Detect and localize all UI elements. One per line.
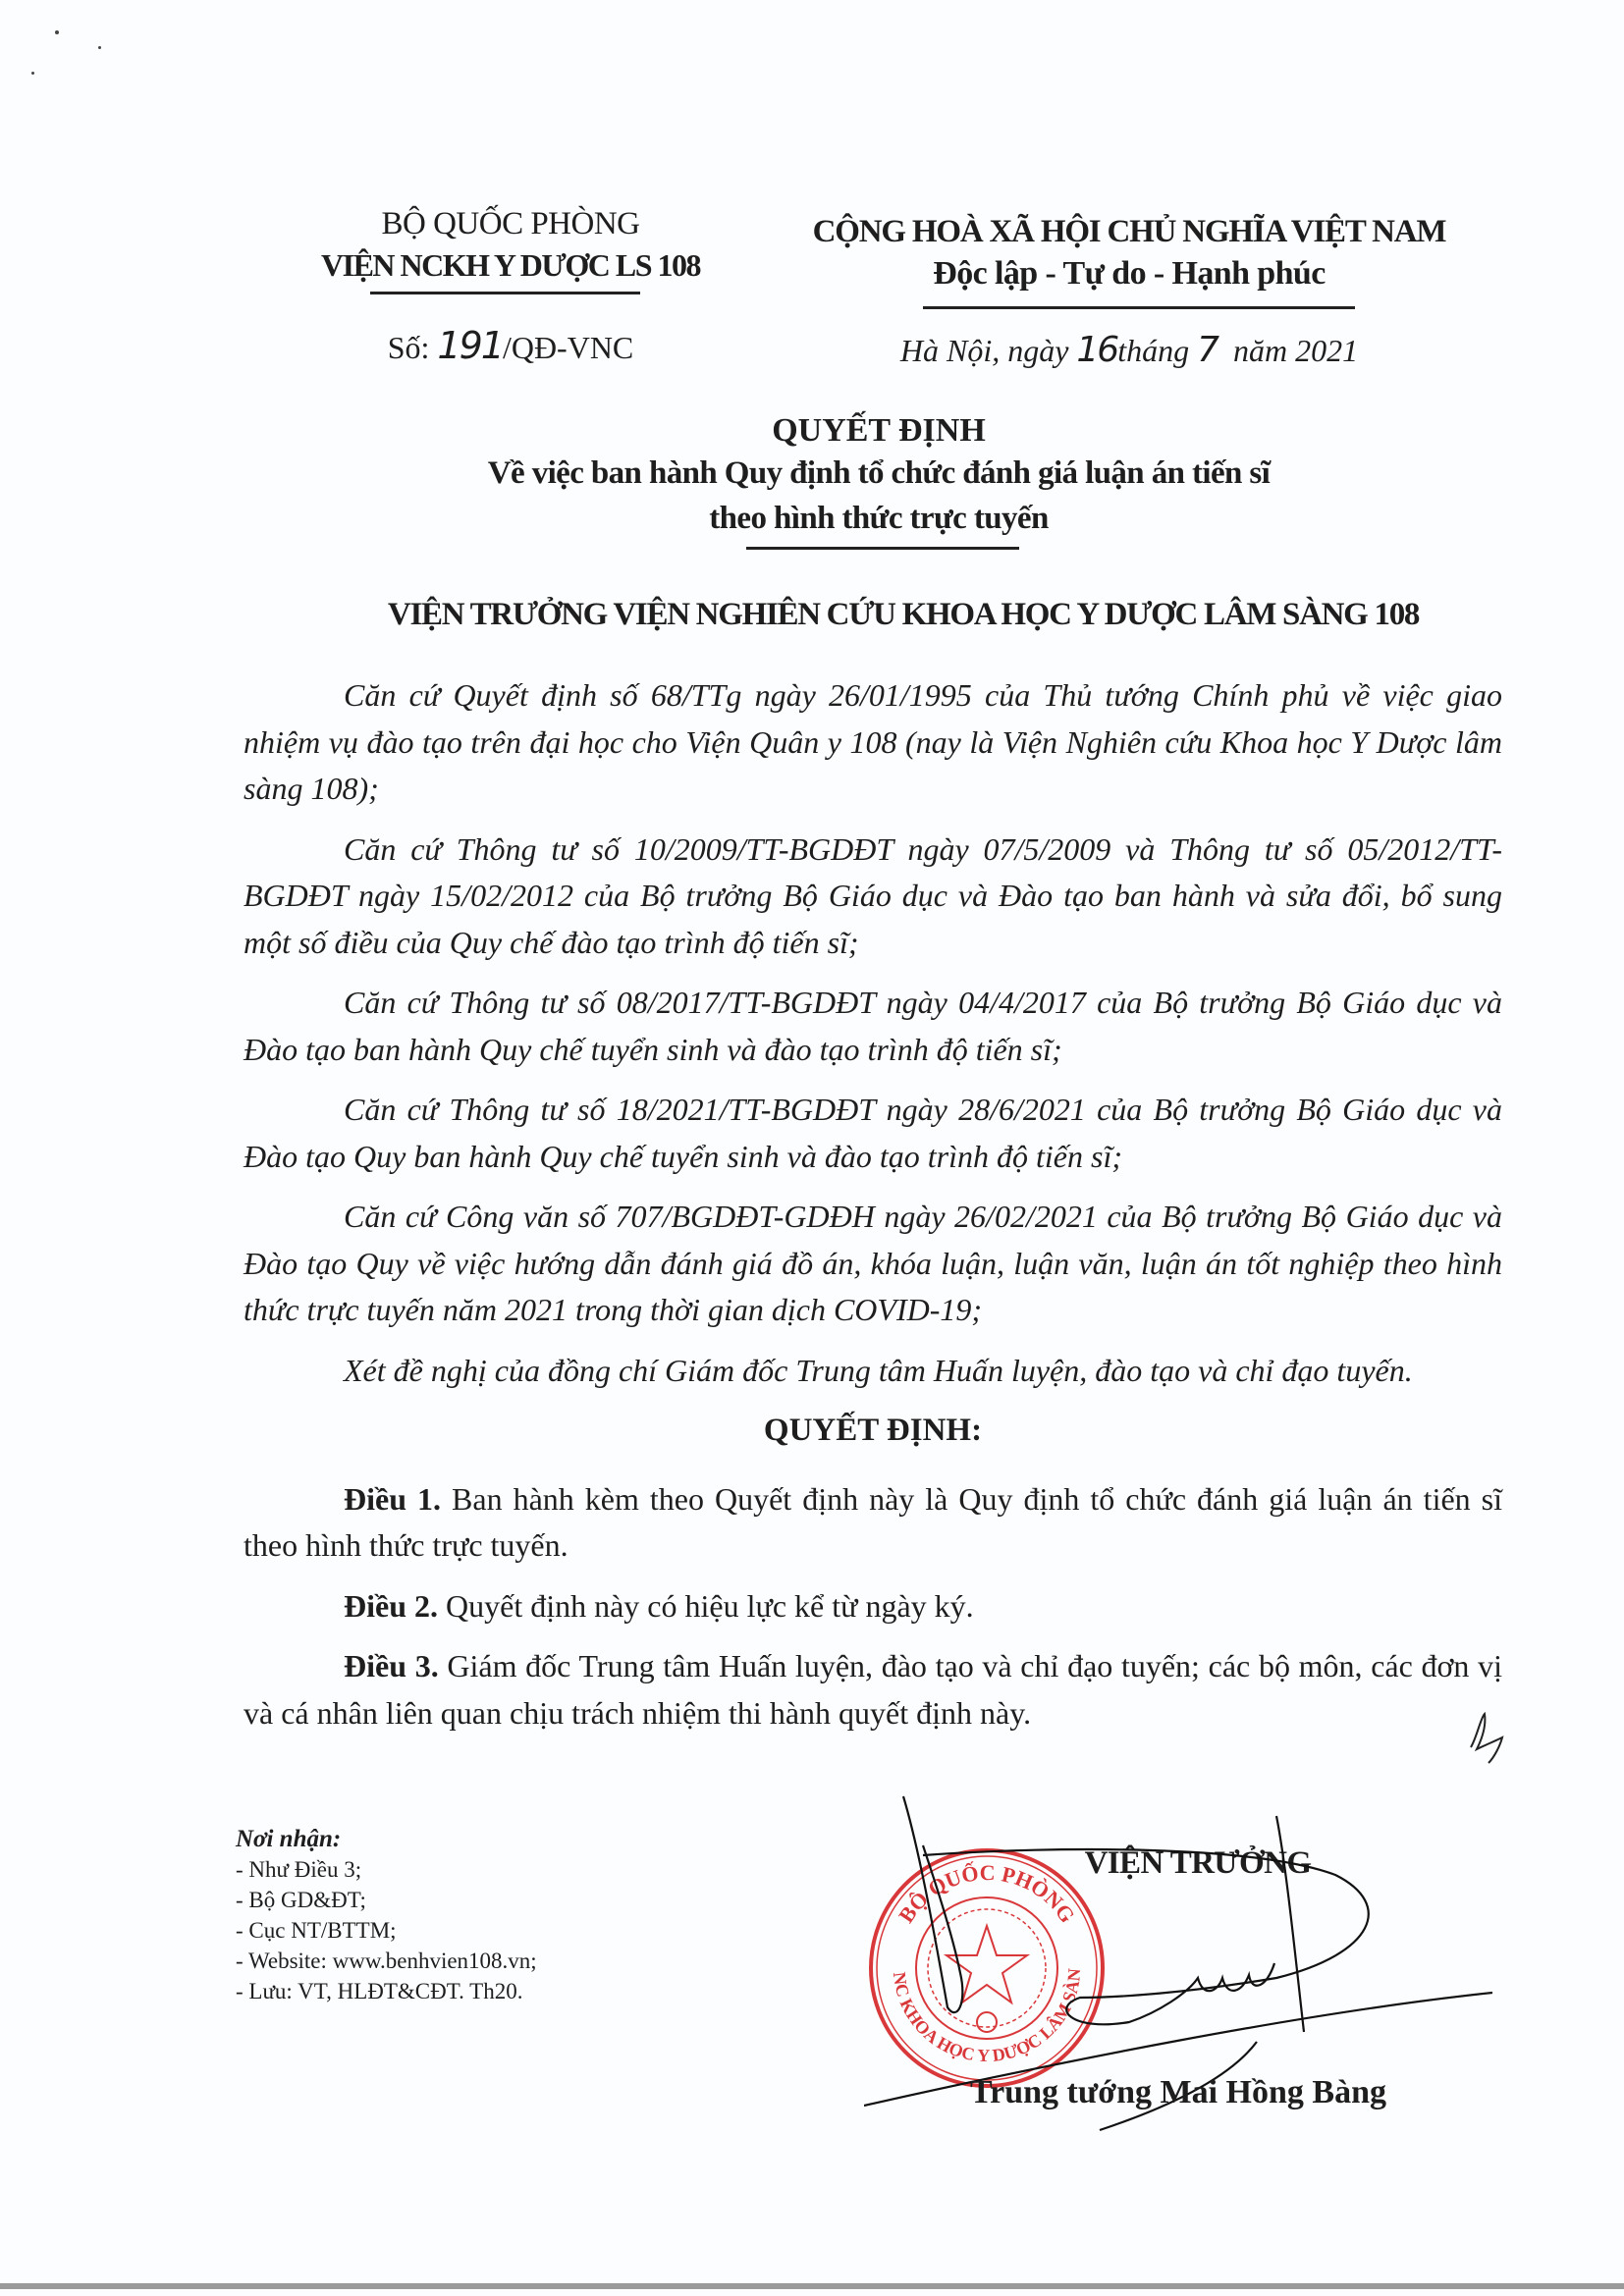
preamble-paragraph: Căn cứ Thông tư số 08/2017/TT-BGDĐT ngày… xyxy=(244,980,1502,1073)
document-number: Số: 191/QĐ-VNC xyxy=(295,324,727,367)
preamble-paragraph: Căn cứ Công văn số 707/BGDĐT-GDĐH ngày 2… xyxy=(244,1194,1502,1334)
decision-heading: QUYẾT ĐỊNH xyxy=(295,412,1463,450)
scan-speck xyxy=(55,30,59,34)
preamble-paragraph: Căn cứ Quyết định số 68/TTg ngày 26/01/1… xyxy=(244,672,1502,813)
header-left-rule xyxy=(370,292,640,294)
number-handwritten: 191 xyxy=(437,324,503,367)
authority-title: VIỆN TRƯỞNG VIỆN NGHIÊN CỨU KHOA HỌC Y D… xyxy=(226,597,1581,633)
date-month-label: tháng xyxy=(1117,333,1189,368)
article-label: Điều 3. xyxy=(344,1648,439,1683)
preamble-paragraph: Căn cứ Thông tư số 18/2021/TT-BGDĐT ngày… xyxy=(244,1087,1502,1180)
preamble-paragraph: Xét đề nghị của đồng chí Giám đốc Trung … xyxy=(244,1348,1502,1395)
recipient-item: - Cục NT/BTTM; xyxy=(236,1915,727,1946)
decision-subtitle-line1: Về việc ban hành Quy định tổ chức đánh g… xyxy=(295,455,1463,492)
decision-subheading: QUYẾT ĐỊNH: xyxy=(244,1408,1502,1455)
preamble-paragraph: Căn cứ Thông tư số 10/2009/TT-BGDĐT ngày… xyxy=(244,827,1502,967)
signer-name: Trung tướng Mai Hồng Bàng xyxy=(923,2074,1434,2111)
scan-edge-line xyxy=(0,2283,1624,2289)
date-month: 7 xyxy=(1197,330,1218,370)
recipient-item: - Lưu: VT, HLĐT&CĐT. Th20. xyxy=(236,1976,727,2006)
document-body: Căn cứ Quyết định số 68/TTg ngày 26/01/1… xyxy=(244,672,1502,1750)
article-2: Điều 2. Quyết định này có hiệu lực kể từ… xyxy=(244,1583,1502,1630)
article-label: Điều 2. xyxy=(344,1588,438,1624)
institute-name: VIỆN NCKH Y DƯỢC LS 108 xyxy=(295,247,727,284)
recipients-block: Nơi nhận: - Như Điều 3; - Bộ GD&ĐT; - Cụ… xyxy=(236,1824,727,2006)
nation-name: CỘNG HOÀ XÃ HỘI CHỦ NGHĨA VIỆT NAM xyxy=(766,214,1492,250)
number-suffix: /QĐ-VNC xyxy=(503,330,633,365)
scan-speck xyxy=(31,72,34,75)
recipient-item: - Bộ GD&ĐT; xyxy=(236,1885,727,1915)
article-1: Điều 1. Ban hành kèm theo Quyết định này… xyxy=(244,1476,1502,1570)
document-date: Hà Nội, ngày 16tháng 7 năm 2021 xyxy=(766,330,1492,370)
number-prefix: Số: xyxy=(388,330,430,365)
article-3: Điều 3. Giám đốc Trung tâm Huấn luyện, đ… xyxy=(244,1643,1502,1736)
article-label: Điều 1. xyxy=(344,1481,441,1517)
ministry-name: BỘ QUỐC PHÒNG xyxy=(295,206,727,242)
header-right-rule xyxy=(923,306,1355,309)
article-text: Quyết định này có hiệu lực kể từ ngày ký… xyxy=(438,1588,974,1624)
scan-speck xyxy=(98,46,101,49)
national-motto: Độc lập - Tự do - Hạnh phúc xyxy=(766,255,1492,293)
initial-mark-icon xyxy=(1463,1708,1512,1767)
date-place: Hà Nội, ngày xyxy=(900,333,1069,368)
recipient-item: - Website: www.benhvien108.vn; xyxy=(236,1946,727,1976)
title-rule xyxy=(746,547,1019,550)
decision-subtitle-line2: theo hình thức trực tuyến xyxy=(295,501,1463,537)
date-day: 16 xyxy=(1076,330,1117,370)
recipients-title: Nơi nhận: xyxy=(236,1824,727,1854)
date-year: năm 2021 xyxy=(1233,333,1358,368)
recipient-item: - Như Điều 3; xyxy=(236,1854,727,1885)
